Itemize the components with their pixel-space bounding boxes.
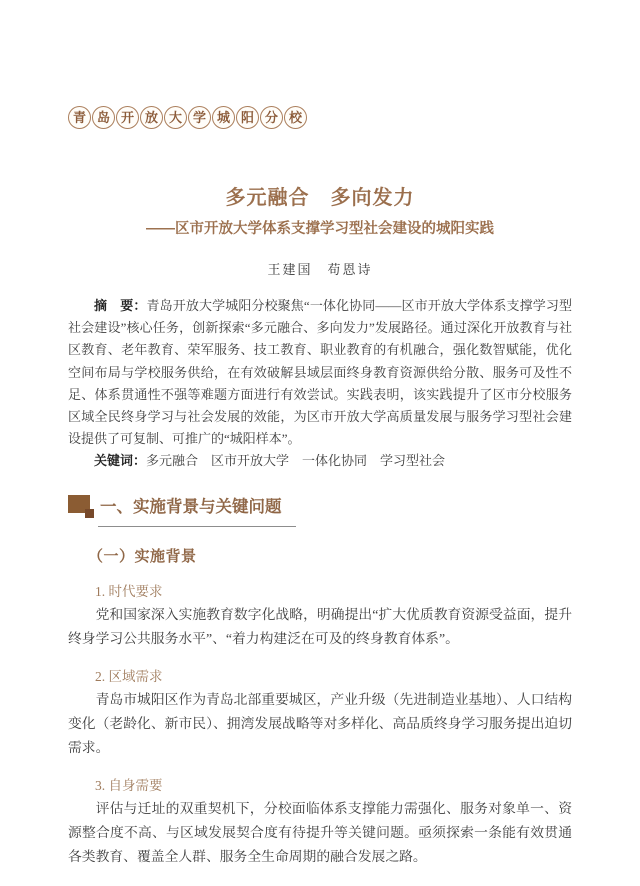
item-3-title: 3. 自身需要 — [68, 774, 572, 794]
abstract-paragraph: 摘 要：青岛开放大学城阳分校聚焦“一体化协同——区市开放大学体系支撑学习型社会建… — [68, 295, 572, 450]
article-subtitle: ——区市开放大学体系支撑学习型社会建设的城阳实践 — [68, 217, 572, 238]
logo-char: 城 — [212, 106, 235, 129]
document-page: 青 岛 开 放 大 学 城 阳 分 校 多元融合 多向发力 ——区市开放大学体系… — [0, 0, 640, 886]
keywords-line: 关键词：多元融合 区市开放大学 一体化协同 学习型社会 — [68, 450, 572, 472]
logo-char: 岛 — [92, 106, 115, 129]
item-3-body: 评估与迁址的双重契机下，分校面临体系支撑能力需强化、服务对象单一、资源整合度不高… — [68, 797, 572, 869]
item-1-title: 1. 时代要求 — [68, 580, 572, 600]
section-heading: 一、实施背景与关键问题 — [98, 493, 296, 527]
section-heading-row: 一、实施背景与关键问题 — [68, 493, 572, 527]
square-bullet-icon — [68, 495, 90, 513]
school-logo: 青 岛 开 放 大 学 城 阳 分 校 — [68, 0, 572, 129]
article-title: 多元融合 多向发力 — [68, 181, 572, 210]
logo-char: 大 — [164, 106, 187, 129]
abstract-text: 青岛开放大学城阳分校聚焦“一体化协同——区市开放大学体系支撑学习型社会建设”核心… — [68, 298, 572, 446]
keywords-text: 多元融合 区市开放大学 一体化协同 学习型社会 — [146, 453, 445, 468]
item-1-body: 党和国家深入实施教育数字化战略，明确提出“扩大优质教育资源受益面，提升终身学习公… — [68, 603, 572, 651]
logo-char: 学 — [188, 106, 211, 129]
item-2-body: 青岛市城阳区作为青岛北部重要城区，产业升级（先进制造业基地）、人口结构变化（老龄… — [68, 688, 572, 760]
abstract-label: 摘 要： — [94, 298, 146, 313]
page-content: 青 岛 开 放 大 学 城 阳 分 校 多元融合 多向发力 ——区市开放大学体系… — [0, 0, 640, 869]
logo-char: 校 — [284, 106, 307, 129]
authors: 王建国 苟恩诗 — [68, 259, 572, 278]
logo-char: 开 — [116, 106, 139, 129]
subsection-heading: （一）实施背景 — [68, 545, 572, 566]
logo-char: 分 — [260, 106, 283, 129]
keywords-label: 关键词： — [94, 453, 146, 468]
logo-char: 放 — [140, 106, 163, 129]
logo-char: 阳 — [236, 106, 259, 129]
logo-char: 青 — [68, 106, 91, 129]
item-2-title: 2. 区域需求 — [68, 665, 572, 685]
